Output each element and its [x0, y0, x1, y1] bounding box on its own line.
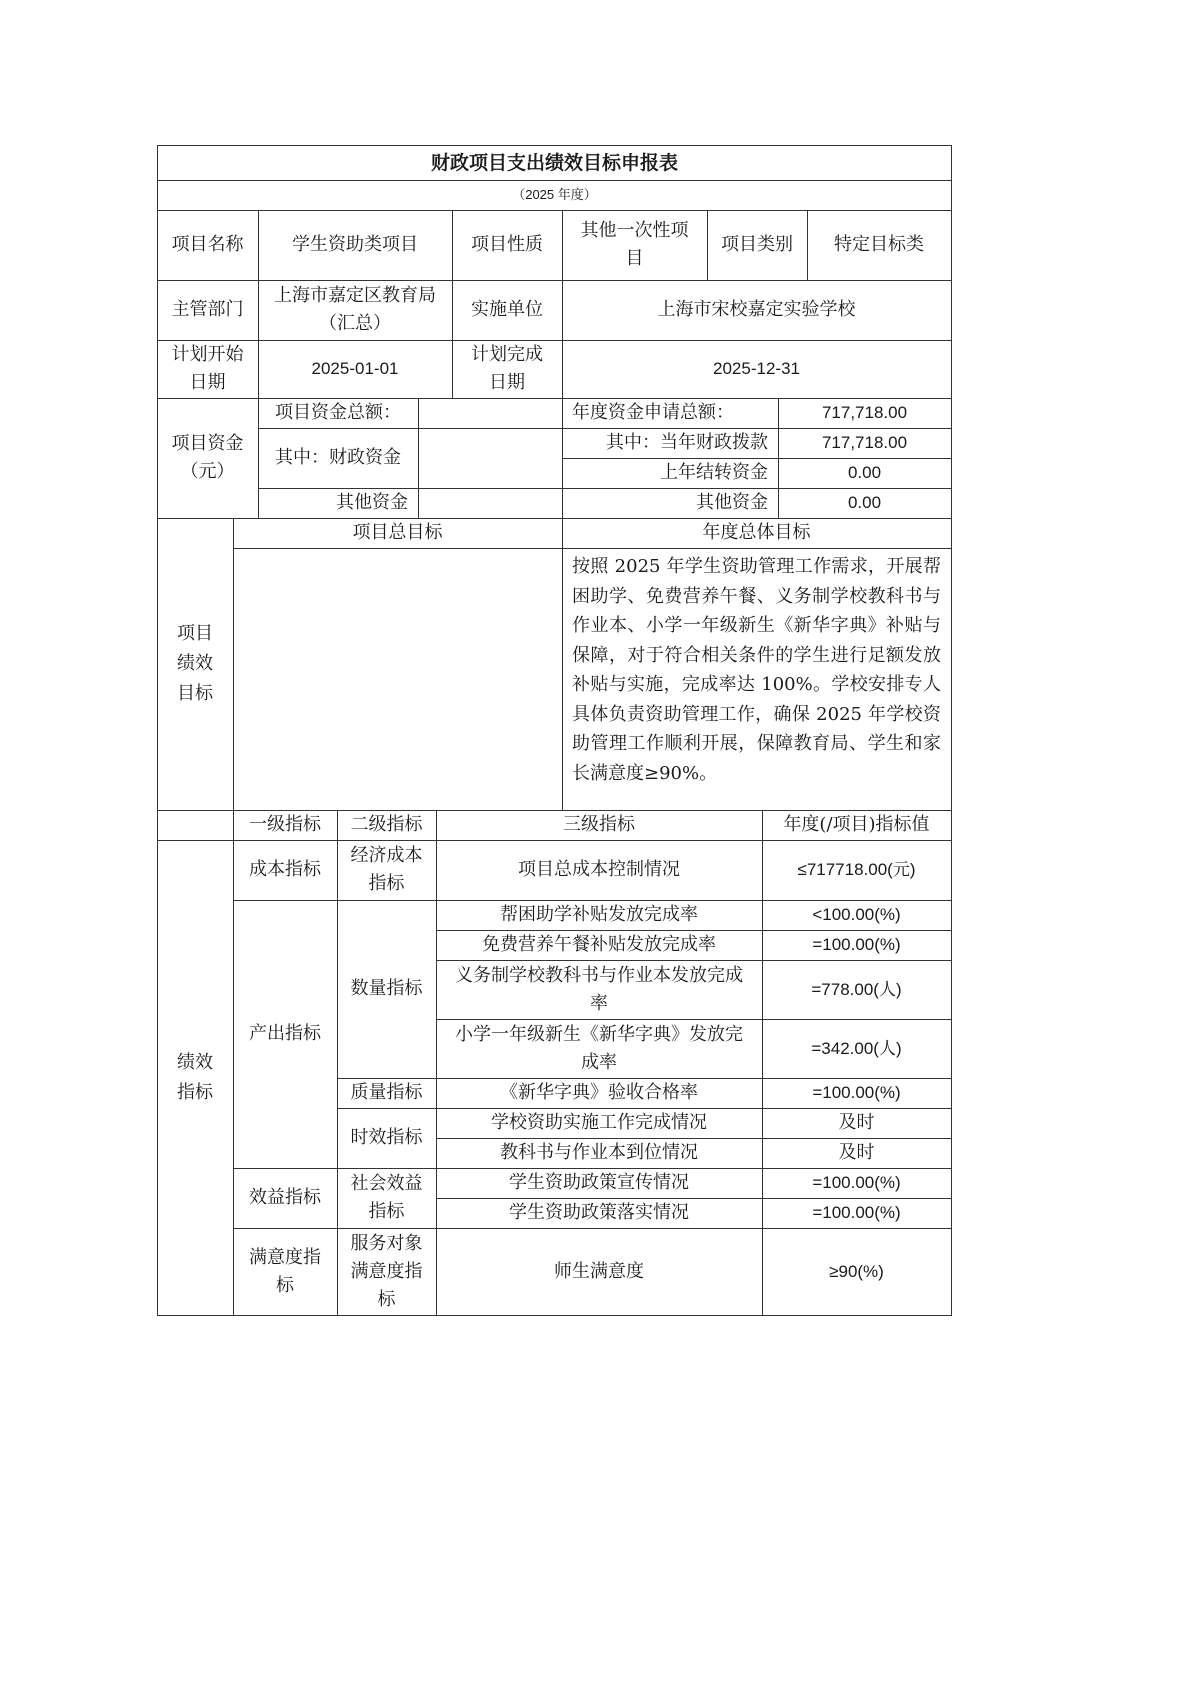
- indicator-level3: 学校资助实施工作完成情况: [436, 1108, 762, 1138]
- carryover-value: 0.00: [778, 458, 951, 488]
- level1-header: 一级指标: [233, 810, 337, 840]
- level2-timeliness: 时效指标: [337, 1108, 436, 1168]
- indicator-value: ≥90(%): [762, 1228, 951, 1315]
- overall-goal-text: [233, 548, 562, 810]
- level2-quality: 质量指标: [337, 1078, 436, 1108]
- form-title: 财政项目支出绩效目标申报表: [157, 145, 952, 180]
- implementer-value: 上海市宋校嘉定实验学校: [562, 280, 951, 340]
- annual-goal-text: 按照 2025 年学生资助管理工作需求，开展帮困助学、免费营养午餐、义务制学校教…: [562, 548, 951, 810]
- annual-other-label: 其他资金: [562, 488, 778, 518]
- level1-cost: 成本指标: [233, 840, 337, 900]
- level1-output: 产出指标: [233, 900, 337, 1168]
- funds-fiscal-value: [418, 428, 562, 488]
- funds-other-value: [418, 488, 562, 518]
- overall-goal-header: 项目总目标: [233, 518, 562, 548]
- value-header: 年度(/项目)指标值: [762, 810, 951, 840]
- indicator-value: =778.00(人): [762, 960, 951, 1019]
- indicator-level3: 《新华字典》验收合格率: [436, 1078, 762, 1108]
- project-category-value: 特定目标类: [807, 210, 951, 280]
- level1-satisfaction: 满意度指标: [233, 1228, 337, 1315]
- start-date-label: 计划开始日期: [157, 340, 258, 398]
- indicator-level3: 学生资助政策落实情况: [436, 1198, 762, 1228]
- level2-social-benefit: 社会效益指标: [337, 1168, 436, 1228]
- funds-section-label: 项目资金（元）: [157, 398, 258, 518]
- end-date-label: 计划完成日期: [452, 340, 562, 398]
- indicator-level3: 项目总成本控制情况: [436, 840, 762, 900]
- department-label: 主管部门: [157, 280, 258, 340]
- level1-benefit: 效益指标: [233, 1168, 337, 1228]
- indicator-level3: 师生满意度: [436, 1228, 762, 1315]
- indicator-level3: 义务制学校教科书与作业本发放完成率: [436, 960, 762, 1019]
- indicator-value: <100.00(%): [762, 900, 951, 930]
- annual-goal-header: 年度总体目标: [562, 518, 951, 548]
- level2-quantity: 数量指标: [337, 900, 436, 1078]
- funds-total-label: 项目资金总额：: [258, 398, 418, 428]
- start-date-value: 2025-01-01: [258, 340, 452, 398]
- indicator-value: 及时: [762, 1108, 951, 1138]
- carryover-label: 上年结转资金: [562, 458, 778, 488]
- annual-other-value: 0.00: [778, 488, 951, 518]
- project-category-label: 项目类别: [707, 210, 807, 280]
- indicator-value: =100.00(%): [762, 1198, 951, 1228]
- funds-total-value: [418, 398, 562, 428]
- indicator-value: =100.00(%): [762, 930, 951, 960]
- end-date-value: 2025-12-31: [562, 340, 951, 398]
- indicator-level3: 小学一年级新生《新华字典》发放完成率: [436, 1019, 762, 1078]
- level3-header: 三级指标: [436, 810, 762, 840]
- indicator-level3: 免费营养午餐补贴发放完成率: [436, 930, 762, 960]
- funds-fiscal-label: 其中：财政资金: [258, 428, 418, 488]
- implementer-label: 实施单位: [452, 280, 562, 340]
- indicator-value: ≤717718.00(元): [762, 840, 951, 900]
- project-nature-label: 项目性质: [452, 210, 562, 280]
- current-fiscal-label: 其中：当年财政拨款: [562, 428, 778, 458]
- project-nature-value: 其他一次性项目: [562, 210, 707, 280]
- department-value: 上海市嘉定区教育局（汇总）: [258, 280, 452, 340]
- indicator-value: 及时: [762, 1138, 951, 1168]
- level2-header: 二级指标: [337, 810, 436, 840]
- level2-economic-cost: 经济成本指标: [337, 840, 436, 900]
- annual-total-label: 年度资金申请总额：: [562, 398, 778, 428]
- indicator-level3: 学生资助政策宣传情况: [436, 1168, 762, 1198]
- performance-target-form-page: 财政项目支出绩效目标申报表 （2025 年度） 项目名称 学生资助类项目 项目性…: [0, 0, 1190, 1682]
- goals-section-label: 项目绩效目标: [157, 518, 233, 810]
- indicator-value: =342.00(人): [762, 1019, 951, 1078]
- indicator-value: =100.00(%): [762, 1078, 951, 1108]
- current-fiscal-value: 717,718.00: [778, 428, 951, 458]
- level2-service-satisfaction: 服务对象满意度指标: [337, 1228, 436, 1315]
- project-name-value: 学生资助类项目: [258, 210, 452, 280]
- indicators-section-label: 绩效指标: [157, 840, 233, 1315]
- indicator-value: =100.00(%): [762, 1168, 951, 1198]
- funds-other-label: 其他资金: [258, 488, 418, 518]
- table-border-bottom: [157, 1315, 952, 1316]
- indicator-level3: 教科书与作业本到位情况: [436, 1138, 762, 1168]
- annual-total-value: 717,718.00: [778, 398, 951, 428]
- project-name-label: 项目名称: [157, 210, 258, 280]
- table-border-right: [951, 145, 952, 1316]
- indicator-level3: 帮困助学补贴发放完成率: [436, 900, 762, 930]
- form-year-note: （2025 年度）: [157, 180, 952, 210]
